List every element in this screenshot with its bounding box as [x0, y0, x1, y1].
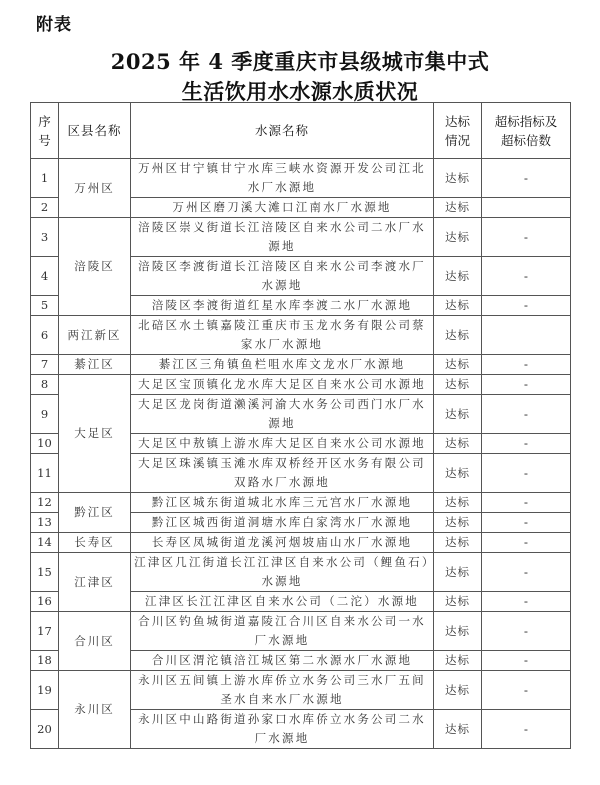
row-exceed: -	[482, 218, 571, 257]
header-status-line: 达标	[436, 112, 479, 131]
row-district: 永川区	[59, 671, 131, 749]
row-status: 达标	[434, 553, 482, 592]
row-exceed: -	[482, 454, 571, 493]
row-seq: 13	[31, 513, 59, 533]
row-district: 涪陵区	[59, 218, 131, 316]
table-row: 1万州区万州区甘宁镇甘宁水库三峡水资源开发公司江北水厂水源地达标-	[31, 159, 571, 198]
row-status: 达标	[434, 257, 482, 296]
row-status: 达标	[434, 296, 482, 316]
row-status: 达标	[434, 612, 482, 651]
row-status: 达标	[434, 493, 482, 513]
row-seq: 9	[31, 395, 59, 434]
row-water-source: 长寿区凤城街道龙溪河烟坡庙山水厂水源地	[131, 533, 434, 553]
row-water-source: 大足区宝顶镇化龙水库大足区自来水公司水源地	[131, 375, 434, 395]
table-row: 14长寿区长寿区凤城街道龙溪河烟坡庙山水厂水源地达标-	[31, 533, 571, 553]
row-exceed: -	[482, 375, 571, 395]
row-seq: 19	[31, 671, 59, 710]
row-status: 达标	[434, 355, 482, 375]
row-exceed: -	[482, 296, 571, 316]
water-quality-table: 序 号 区县名称 水源名称 达标 情况 超标指标及 超标倍数 1万州区万州区甘宁…	[30, 102, 571, 749]
row-water-source: 合川区渭沱镇涪江城区第二水源水厂水源地	[131, 651, 434, 671]
header-source: 水源名称	[131, 103, 434, 159]
row-water-source: 涪陵区李渡街道长江涪陵区自来水公司李渡水厂水源地	[131, 257, 434, 296]
row-exceed: -	[482, 533, 571, 553]
row-seq: 18	[31, 651, 59, 671]
row-exceed: -	[482, 257, 571, 296]
row-status: 达标	[434, 592, 482, 612]
row-district: 綦江区	[59, 355, 131, 375]
row-water-source: 大足区珠溪镇玉滩水库双桥经开区水务有限公司双路水厂水源地	[131, 454, 434, 493]
row-status: 达标	[434, 198, 482, 218]
header-exceed-line: 超标倍数	[484, 131, 568, 150]
row-exceed: -	[482, 159, 571, 198]
row-status: 达标	[434, 316, 482, 355]
row-status: 达标	[434, 651, 482, 671]
row-status: 达标	[434, 533, 482, 553]
row-water-source: 永川区中山路街道孙家口水库侨立水务公司二水厂水源地	[131, 710, 434, 749]
row-seq: 14	[31, 533, 59, 553]
row-status: 达标	[434, 159, 482, 198]
row-status: 达标	[434, 671, 482, 710]
table-row: 19永川区永川区五间镇上游水库侨立水务公司三水厂五间圣水自来水厂水源地达标-	[31, 671, 571, 710]
row-water-source: 北碚区水土镇嘉陵江重庆市玉龙水务有限公司蔡家水厂水源地	[131, 316, 434, 355]
row-exceed: -	[482, 651, 571, 671]
row-district: 江津区	[59, 553, 131, 612]
row-water-source: 大足区中敖镇上游水库大足区自来水公司水源地	[131, 434, 434, 454]
header-district: 区县名称	[59, 103, 131, 159]
table-row: 7綦江区綦江区三角镇鱼栏咀水库文龙水厂水源地达标-	[31, 355, 571, 375]
appendix-label: 附表	[36, 10, 72, 35]
table-body: 1万州区万州区甘宁镇甘宁水库三峡水资源开发公司江北水厂水源地达标-2万州区磨刀溪…	[31, 159, 571, 749]
row-seq: 20	[31, 710, 59, 749]
row-status: 达标	[434, 454, 482, 493]
row-water-source: 黔江区城东街道城北水库三元宫水厂水源地	[131, 493, 434, 513]
row-exceed: -	[482, 355, 571, 375]
row-seq: 8	[31, 375, 59, 395]
table-row: 3涪陵区涪陵区崇义街道长江涪陵区自来水公司二水厂水源地达标-	[31, 218, 571, 257]
row-seq: 7	[31, 355, 59, 375]
row-water-source: 大足区龙岗街道濑溪河渝大水务公司西门水厂水源地	[131, 395, 434, 434]
row-status: 达标	[434, 375, 482, 395]
row-seq: 5	[31, 296, 59, 316]
row-status: 达标	[434, 434, 482, 454]
row-district: 合川区	[59, 612, 131, 671]
header-seq-line: 序	[33, 112, 56, 131]
row-exceed: -	[482, 395, 571, 434]
row-water-source: 江津区几江街道长江江津区自来水公司（鲤鱼石）水源地	[131, 553, 434, 592]
header-exceed: 超标指标及 超标倍数	[482, 103, 571, 159]
table-row: 6两江新区北碚区水土镇嘉陵江重庆市玉龙水务有限公司蔡家水厂水源地达标	[31, 316, 571, 355]
row-exceed	[482, 198, 571, 218]
row-district: 万州区	[59, 159, 131, 218]
page-title-line-1: 2025 年 4 季度重庆市县级城市集中式	[0, 46, 600, 76]
row-seq: 6	[31, 316, 59, 355]
row-seq: 4	[31, 257, 59, 296]
row-water-source: 合川区钓鱼城街道嘉陵江合川区自来水公司一水厂水源地	[131, 612, 434, 651]
row-water-source: 永川区五间镇上游水库侨立水务公司三水厂五间圣水自来水厂水源地	[131, 671, 434, 710]
row-water-source: 綦江区三角镇鱼栏咀水库文龙水厂水源地	[131, 355, 434, 375]
row-water-source: 涪陵区李渡街道红星水库李渡二水厂水源地	[131, 296, 434, 316]
row-status: 达标	[434, 710, 482, 749]
row-seq: 17	[31, 612, 59, 651]
row-district: 两江新区	[59, 316, 131, 355]
header-seq: 序 号	[31, 103, 59, 159]
row-exceed: -	[482, 710, 571, 749]
row-status: 达标	[434, 513, 482, 533]
header-seq-line: 号	[33, 131, 56, 150]
row-water-source: 黔江区城西街道洞塘水库白家湾水厂水源地	[131, 513, 434, 533]
row-water-source: 涪陵区崇义街道长江涪陵区自来水公司二水厂水源地	[131, 218, 434, 257]
row-water-source: 江津区长江江津区自来水公司（二沱）水源地	[131, 592, 434, 612]
header-exceed-line: 超标指标及	[484, 112, 568, 131]
row-district: 长寿区	[59, 533, 131, 553]
table-row: 8大足区大足区宝顶镇化龙水库大足区自来水公司水源地达标-	[31, 375, 571, 395]
row-water-source: 万州区甘宁镇甘宁水库三峡水资源开发公司江北水厂水源地	[131, 159, 434, 198]
row-district: 大足区	[59, 375, 131, 493]
row-seq: 12	[31, 493, 59, 513]
row-exceed: -	[482, 592, 571, 612]
row-seq: 3	[31, 218, 59, 257]
row-seq: 2	[31, 198, 59, 218]
table-header: 序 号 区县名称 水源名称 达标 情况 超标指标及 超标倍数	[31, 103, 571, 159]
row-seq: 16	[31, 592, 59, 612]
row-exceed: -	[482, 513, 571, 533]
header-status: 达标 情况	[434, 103, 482, 159]
row-exceed: -	[482, 434, 571, 454]
table-row: 17合川区合川区钓鱼城街道嘉陵江合川区自来水公司一水厂水源地达标-	[31, 612, 571, 651]
row-district: 黔江区	[59, 493, 131, 533]
row-exceed: -	[482, 553, 571, 592]
table-row: 12黔江区黔江区城东街道城北水库三元宫水厂水源地达标-	[31, 493, 571, 513]
row-exceed: -	[482, 493, 571, 513]
row-exceed: -	[482, 612, 571, 651]
header-status-line: 情况	[436, 131, 479, 150]
row-exceed	[482, 316, 571, 355]
row-seq: 11	[31, 454, 59, 493]
row-seq: 1	[31, 159, 59, 198]
row-seq: 10	[31, 434, 59, 454]
row-status: 达标	[434, 395, 482, 434]
row-status: 达标	[434, 218, 482, 257]
row-seq: 15	[31, 553, 59, 592]
row-water-source: 万州区磨刀溪大滩口江南水厂水源地	[131, 198, 434, 218]
table-row: 15江津区江津区几江街道长江江津区自来水公司（鲤鱼石）水源地达标-	[31, 553, 571, 592]
row-exceed: -	[482, 671, 571, 710]
